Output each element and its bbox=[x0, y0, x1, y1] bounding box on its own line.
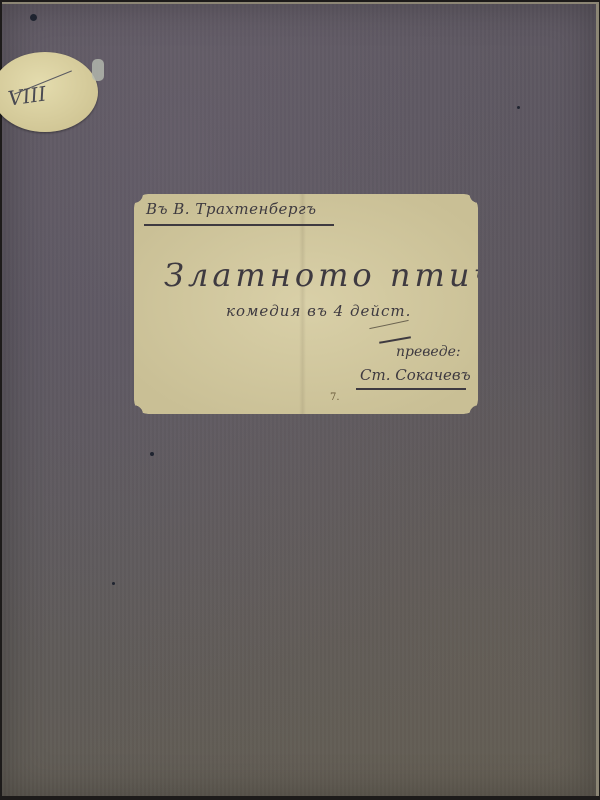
ink-spot bbox=[112, 582, 115, 585]
work-subtitle: комедия въ 4 дейст. bbox=[226, 302, 411, 320]
title-label: Въ В. Трахтенбергъ Златното птиче комеди… bbox=[134, 194, 478, 414]
ink-spot bbox=[150, 452, 154, 456]
shelf-mark-sticker: VIII bbox=[0, 52, 98, 132]
translator-name: Ст. Сокачевъ bbox=[360, 366, 471, 384]
ink-spot bbox=[30, 14, 37, 21]
translator-underline bbox=[356, 388, 466, 390]
page-mark: 7. bbox=[330, 392, 340, 403]
shelf-mark-text: VIII bbox=[7, 81, 48, 110]
author-name: Въ В. Трахтенбергъ bbox=[146, 200, 317, 218]
translated-by-label: преведе: bbox=[396, 344, 461, 360]
decorative-stroke bbox=[379, 336, 411, 343]
work-title: Златното птиче bbox=[164, 256, 520, 294]
tape-residue bbox=[92, 59, 104, 81]
ink-spot bbox=[517, 106, 520, 109]
notebook-cover: VIII Въ В. Трахтенбергъ Златното птиче к… bbox=[2, 2, 599, 796]
author-underline bbox=[144, 224, 334, 226]
decorative-stroke bbox=[369, 320, 408, 329]
